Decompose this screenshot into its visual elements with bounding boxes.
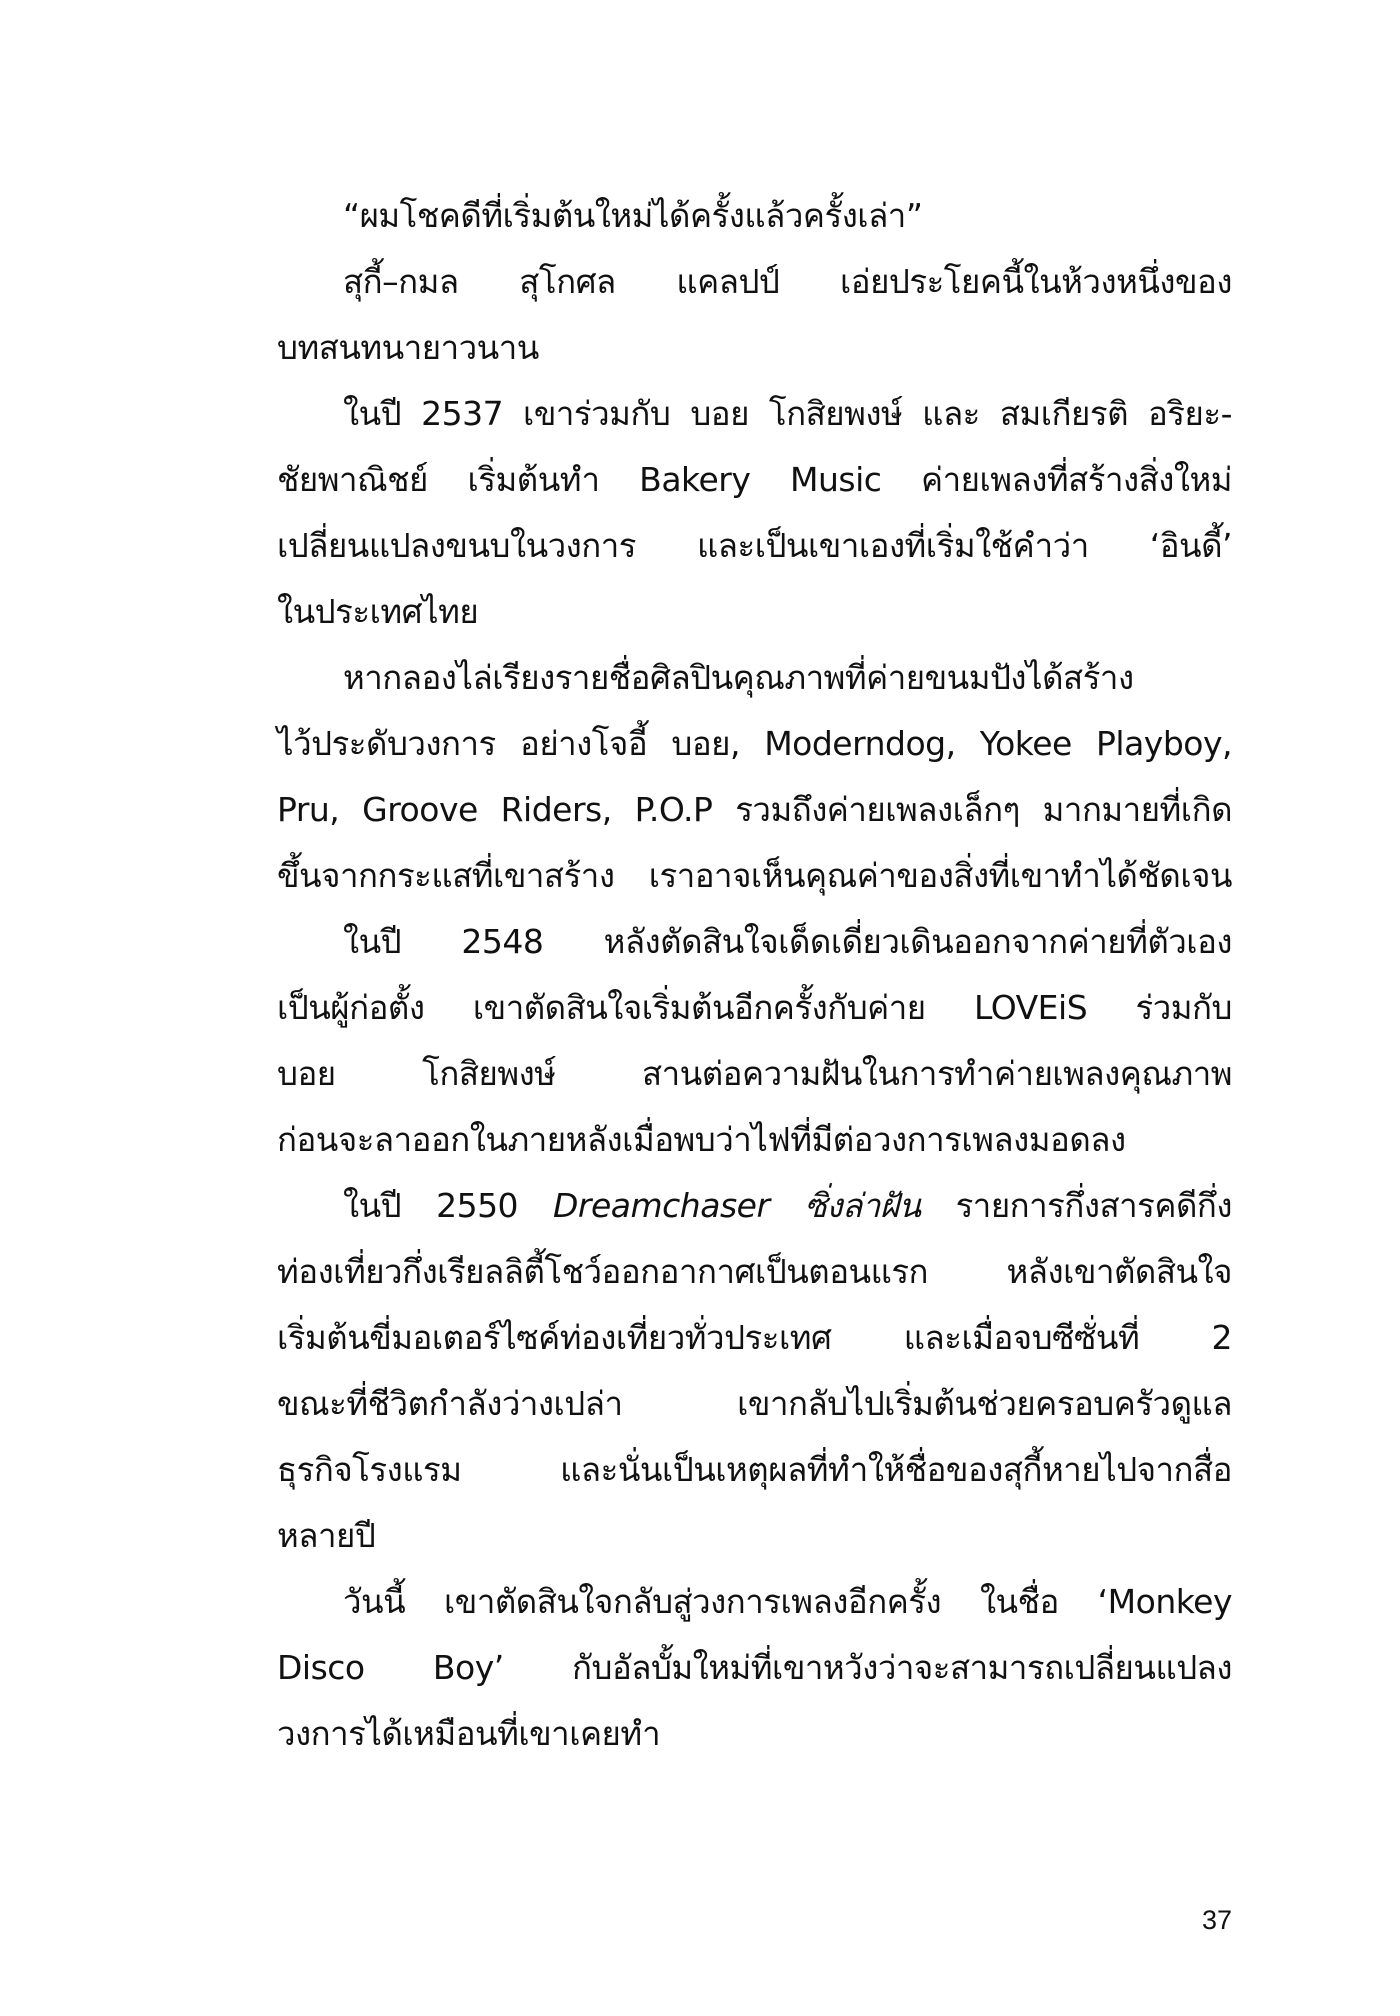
text-line: วงการได้เหมือนที่เขาเคยทำ	[277, 1701, 1232, 1767]
body-text: “ผมโชคดีที่เริ่มต้นใหม่ได้ครั้งแล้วครั้ง…	[277, 183, 1232, 1767]
text-line: ท่องเที่ยวกึ่งเรียลลิตี้โชว์ออกอากาศเป็น…	[277, 1239, 1232, 1305]
text-line: ขึ้นจากกระแสที่เขาสร้าง เราอาจเห็นคุณค่า…	[277, 843, 1232, 909]
text-line: Pru, Groove Riders, P.O.P รวมถึงค่ายเพลง…	[277, 777, 1232, 843]
paragraph-2548: ในปี 2548 หลังตัดสินใจเด็ดเดี่ยวเดินออกจ…	[277, 909, 1232, 1173]
text-line: ในปี 2537 เขาร่วมกับ บอย โกสิยพงษ์ และ ส…	[277, 381, 1232, 447]
paragraph-intro: สุกี้–กมล สุโกศล แคลปป์ เอ่ยประโยคนี้ในห…	[277, 249, 1232, 381]
text-line: ขณะที่ชีวิตกำลังว่างเปล่า เขากลับไปเริ่ม…	[277, 1371, 1232, 1437]
text-line: วันนี้ เขาตัดสินใจกลับสู่วงการเพลงอีกครั…	[277, 1569, 1232, 1635]
text-line: ในปี 2550 Dreamchaser ซิ่งล่าฝัน รายการก…	[277, 1173, 1232, 1239]
text-line: ชัยพาณิชย์ เริ่มต้นทำ Bakery Music ค่ายเ…	[277, 447, 1232, 513]
text-line: ไว้ประดับวงการ อย่างโจอี้ บอย, Moderndog…	[277, 711, 1232, 777]
text-line: เปลี่ยนแปลงขนบในวงการ และเป็นเขาเองที่เร…	[277, 513, 1232, 579]
text-line: บอย โกสิยพงษ์ สานต่อความฝันในการทำค่ายเพ…	[277, 1041, 1232, 1107]
text-line: ก่อนจะลาออกในภายหลังเมื่อพบว่าไฟที่มีต่อ…	[277, 1107, 1232, 1173]
show-title: Dreamchaser ซิ่งล่าฝัน	[553, 1186, 921, 1225]
text-line: หากลองไล่เรียงรายชื่อศิลปินคุณภาพที่ค่าย…	[277, 645, 1232, 711]
paragraph-today: วันนี้ เขาตัดสินใจกลับสู่วงการเพลงอีกครั…	[277, 1569, 1232, 1767]
text-line: “ผมโชคดีที่เริ่มต้นใหม่ได้ครั้งแล้วครั้ง…	[277, 183, 1232, 249]
paragraph-2537: ในปี 2537 เขาร่วมกับ บอย โกสิยพงษ์ และ ส…	[277, 381, 1232, 645]
text-line: ในประเทศไทย	[277, 579, 1232, 645]
text-line: เริ่มต้นขี่มอเตอร์ไซค์ท่องเที่ยวทั่วประเ…	[277, 1305, 1232, 1371]
paragraph-quote: “ผมโชคดีที่เริ่มต้นใหม่ได้ครั้งแล้วครั้ง…	[277, 183, 1232, 249]
book-page: “ผมโชคดีที่เริ่มต้นใหม่ได้ครั้งแล้วครั้ง…	[0, 0, 1400, 2016]
text-line: หลายปี	[277, 1503, 1232, 1569]
text-segment: รายการกึ่งสารคดีกึ่ง	[921, 1186, 1232, 1225]
paragraph-2550: ในปี 2550 Dreamchaser ซิ่งล่าฝัน รายการก…	[277, 1173, 1232, 1569]
text-line: Disco Boy’ กับอัลบั้มใหม่ที่เขาหวังว่าจะ…	[277, 1635, 1232, 1701]
text-line: เป็นผู้ก่อตั้ง เขาตัดสินใจเริ่มต้นอีกครั…	[277, 975, 1232, 1041]
text-line: บทสนทนายาวนาน	[277, 315, 1232, 381]
text-line: สุกี้–กมล สุโกศล แคลปป์ เอ่ยประโยคนี้ในห…	[277, 249, 1232, 315]
paragraph-artists: หากลองไล่เรียงรายชื่อศิลปินคุณภาพที่ค่าย…	[277, 645, 1232, 909]
text-segment: ในปี 2550	[343, 1186, 553, 1225]
text-line: ธุรกิจโรงแรม และนั่นเป็นเหตุผลที่ทำให้ชื…	[277, 1437, 1232, 1503]
page-number: 37	[1190, 1905, 1232, 1936]
text-line: ในปี 2548 หลังตัดสินใจเด็ดเดี่ยวเดินออกจ…	[277, 909, 1232, 975]
